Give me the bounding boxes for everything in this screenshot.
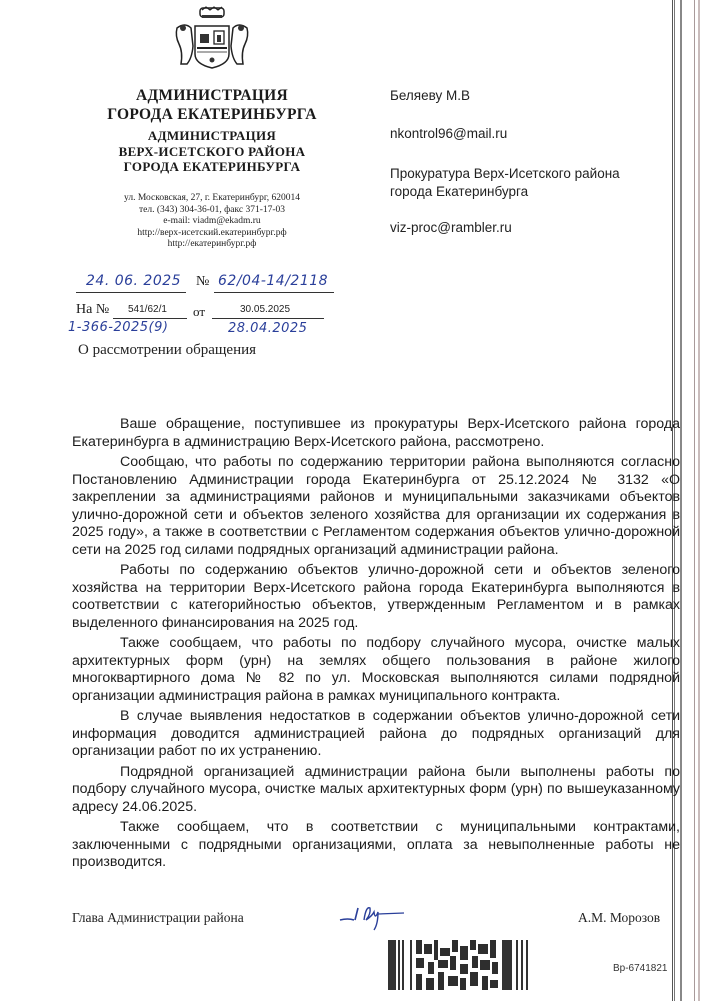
- website-city: http://екатеринбург.рф: [88, 239, 336, 251]
- underline: [113, 318, 187, 319]
- reference-date-handwritten: 28.04.2025: [228, 321, 307, 336]
- document-id: Вр-6741821: [613, 963, 668, 974]
- body-paragraph: Подрядной организацией администрации рай…: [72, 764, 680, 817]
- phone-fax: тел. (343) 304-36-01, факс 371-17-03: [88, 205, 336, 217]
- underline: [214, 292, 334, 293]
- scan-edge-line: [680, 0, 682, 1001]
- body-paragraph: Сообщаю, что работы по содержанию террит…: [72, 454, 680, 559]
- reference-from-label: от: [193, 304, 205, 320]
- body-paragraph: Работы по содержанию объектов улично-дор…: [72, 562, 680, 632]
- signatory-name: А.М. Морозов: [578, 910, 660, 926]
- organization-contacts: ул. Московская, 27, г. Екатеринбург, 620…: [88, 193, 336, 251]
- website-district: http://верх-исетский.екатеринбург.рф: [88, 228, 336, 240]
- underline: [212, 318, 324, 319]
- reference-label: На №: [76, 302, 109, 318]
- org-title-line: АДМИНИСТРАЦИЯ: [88, 86, 336, 105]
- org-subtitle-line: АДМИНИСТРАЦИЯ: [88, 128, 336, 144]
- email: e-mail: viadm@ekadm.ru: [88, 216, 336, 228]
- reference-number-handwritten: 1-366-2025(9): [68, 320, 168, 335]
- reference-date: 30.05.2025: [240, 304, 290, 315]
- signatory-title: Глава Администрации района: [72, 910, 244, 926]
- barcode-icon: [388, 938, 556, 993]
- scan-edge-line: [698, 0, 700, 1001]
- recipient-org-email: viz-proc@rambler.ru: [390, 220, 512, 235]
- recipient-org-line2: города Екатеринбурга: [390, 184, 528, 199]
- signature-icon: [338, 898, 408, 932]
- letter-body: Ваше обращение, поступившее из прокурату…: [72, 416, 680, 875]
- underline: [76, 292, 186, 293]
- organization-subtitle: АДМИНИСТРАЦИЯ ВЕРХ-ИСЕТСКОГО РАЙОНА ГОРО…: [88, 128, 336, 175]
- registration-number: 62/04-14/2118: [218, 273, 328, 289]
- number-label: №: [196, 274, 209, 290]
- registration-date: 24. 06. 2025: [86, 273, 181, 289]
- org-subtitle-line: ГОРОДА ЕКАТЕРИНБУРГА: [88, 159, 336, 175]
- address: ул. Московская, 27, г. Екатеринбург, 620…: [88, 193, 336, 205]
- org-subtitle-line: ВЕРХ-ИСЕТСКОГО РАЙОНА: [88, 144, 336, 160]
- coat-of-arms-icon: [167, 6, 257, 72]
- reference-number: 541/62/1: [128, 304, 167, 315]
- body-paragraph: Также сообщаем, что работы по подбору сл…: [72, 635, 680, 705]
- body-paragraph: Ваше обращение, поступившее из прокурату…: [72, 416, 680, 451]
- recipient-email: nkontrol96@mail.ru: [390, 126, 507, 141]
- organization-title: АДМИНИСТРАЦИЯ ГОРОДА ЕКАТЕРИНБУРГА: [88, 86, 336, 124]
- scan-edge-line: [694, 0, 695, 1001]
- body-paragraph: Также сообщаем, что в соответствии с мун…: [72, 819, 680, 872]
- body-paragraph: В случае выявления недостатков в содержа…: [72, 708, 680, 761]
- recipient-name: Беляеву М.В: [390, 88, 470, 103]
- org-title-line: ГОРОДА ЕКАТЕРИНБУРГА: [88, 105, 336, 124]
- letter-subject: О рассмотрении обращения: [78, 342, 256, 359]
- recipient-org-line1: Прокуратура Верх-Исетского района: [390, 166, 620, 181]
